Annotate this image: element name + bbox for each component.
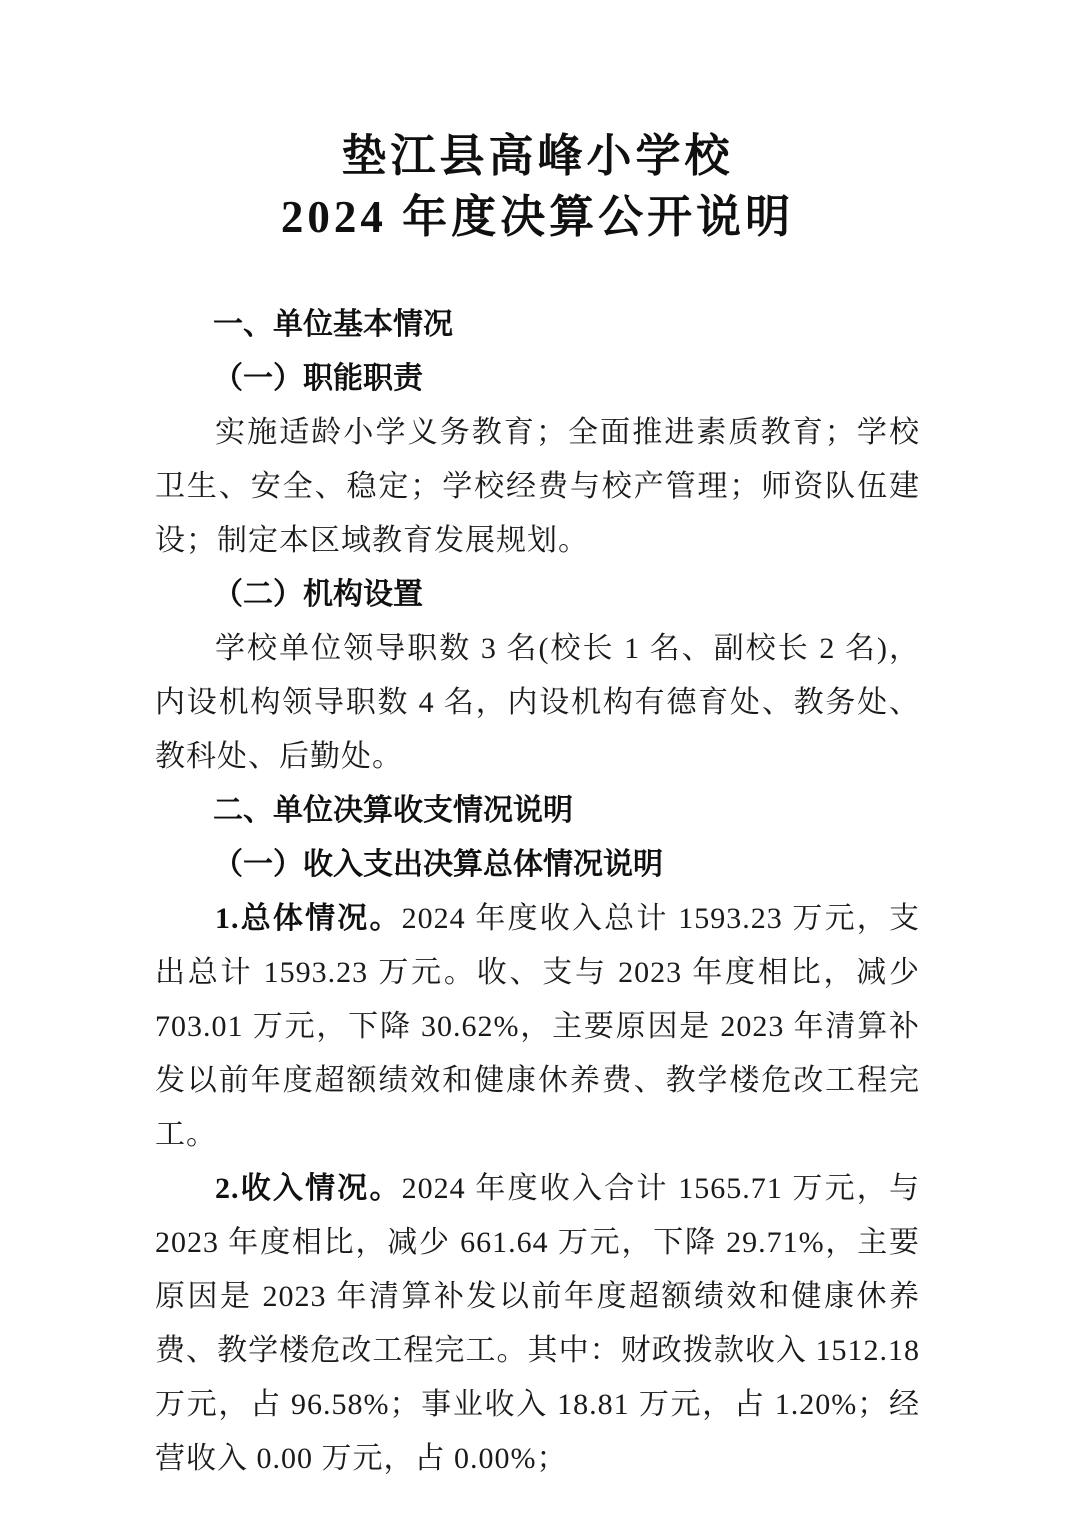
paragraph-income-situation: 2.收入情况。2024 年度收入合计 1565.71 万元，与 2023 年度相… bbox=[155, 1162, 920, 1486]
paragraph-functions: 实施适龄小学义务教育；全面推进素质教育；学校卫生、安全、稳定；学校经费与校产管理… bbox=[155, 406, 920, 568]
paragraph-overall-text: 2024 年度收入总计 1593.23 万元，支出总计 1593.23 万元。收… bbox=[155, 902, 920, 1151]
paragraph-income-lead: 2.收入情况。 bbox=[215, 1172, 402, 1205]
document-page: 垫江县高峰小学校 2024 年度决算公开说明 一、单位基本情况 （一）职能职责 … bbox=[0, 0, 1075, 1520]
paragraph-overall-lead: 1.总体情况。 bbox=[215, 902, 402, 935]
document-title: 垫江县高峰小学校 2024 年度决算公开说明 bbox=[155, 126, 920, 248]
subsection-heading-functions: （一）职能职责 bbox=[155, 352, 920, 406]
paragraph-organization: 学校单位领导职数 3 名(校长 1 名、副校长 2 名)，内设机构领导职数 4 … bbox=[155, 622, 920, 784]
subsection-heading-overall-statement: （一）收入支出决算总体情况说明 bbox=[155, 838, 920, 892]
subsection-heading-organization: （二）机构设置 bbox=[155, 568, 920, 622]
section-heading-final-accounts: 二、单位决算收支情况说明 bbox=[155, 784, 920, 838]
document-body: 一、单位基本情况 （一）职能职责 实施适龄小学义务教育；全面推进素质教育；学校卫… bbox=[155, 298, 920, 1486]
section-heading-unit-basic-info: 一、单位基本情况 bbox=[155, 298, 920, 352]
paragraph-overall-situation: 1.总体情况。2024 年度收入总计 1593.23 万元，支出总计 1593.… bbox=[155, 892, 920, 1162]
title-line-1: 垫江县高峰小学校 bbox=[155, 126, 920, 187]
paragraph-income-text: 2024 年度收入合计 1565.71 万元，与 2023 年度相比，减少 66… bbox=[155, 1172, 920, 1475]
title-line-2: 2024 年度决算公开说明 bbox=[155, 187, 920, 248]
